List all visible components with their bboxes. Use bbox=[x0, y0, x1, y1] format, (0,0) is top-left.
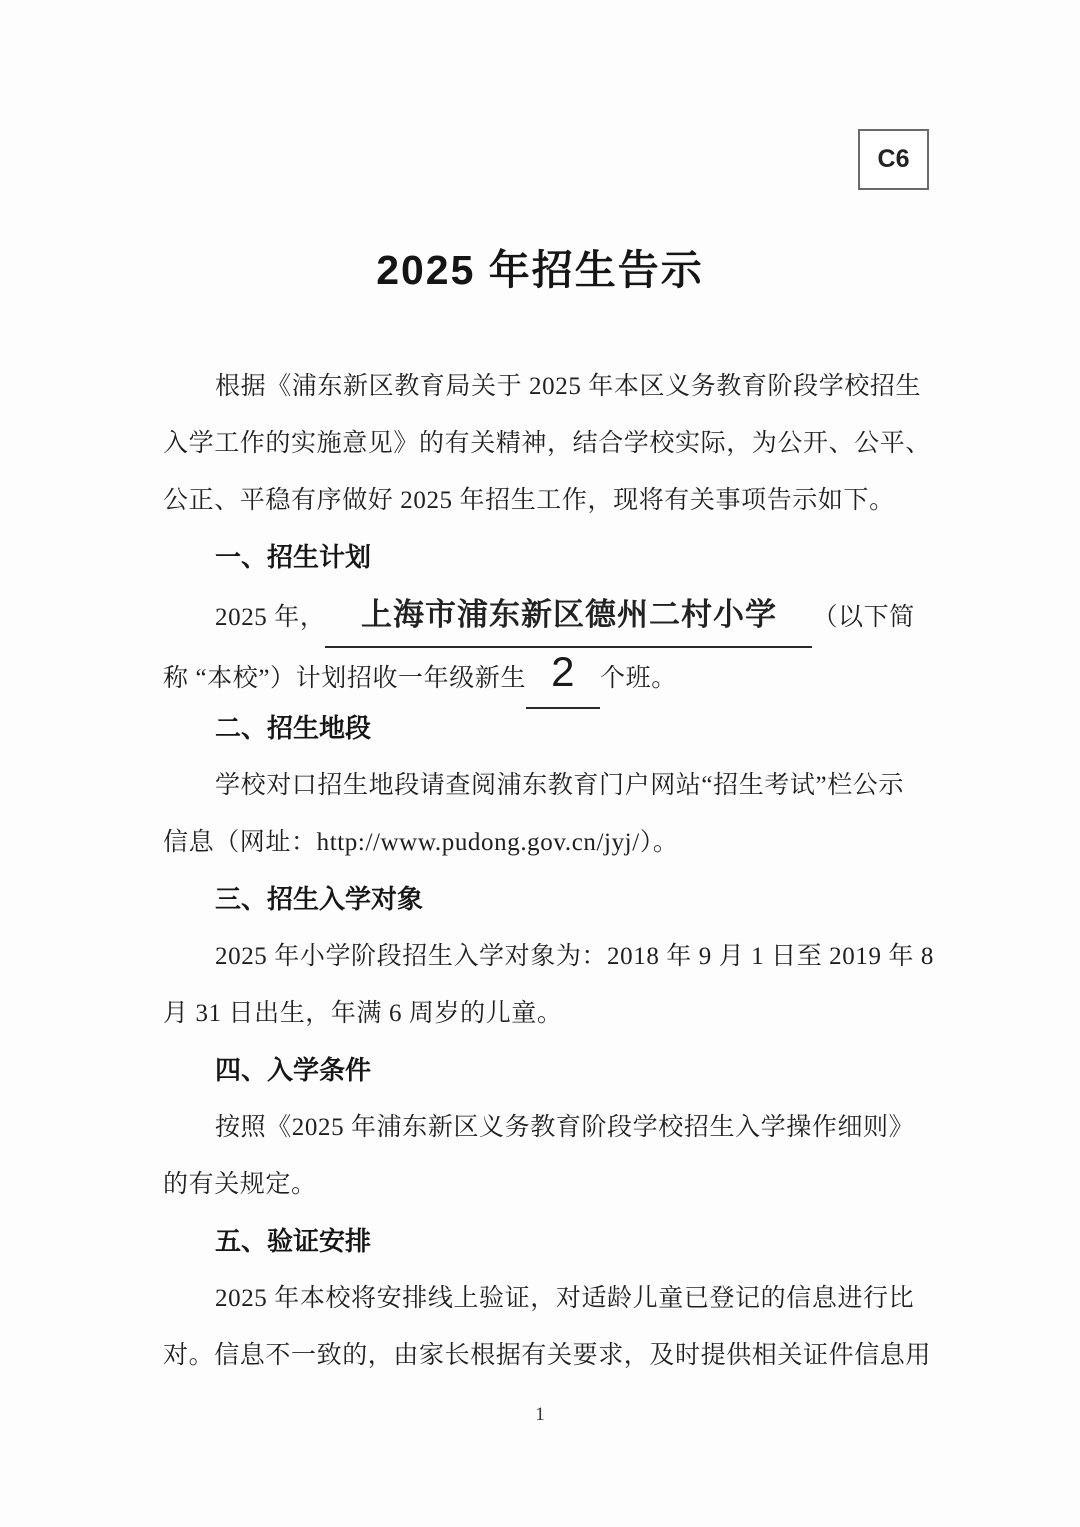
section-5-line-2: 对。信息不一致的，由家长根据有关要求，及时提供相关证件信息用 bbox=[163, 1327, 943, 1384]
section-3-heading: 三、招生入学对象 bbox=[163, 871, 943, 928]
section-1-line-1-suffix: （以下简 bbox=[812, 604, 914, 631]
section-1-line-2: 称 “本校”）计划招收一年级新生2个班。 bbox=[163, 643, 943, 700]
section-4-heading: 四、入学条件 bbox=[163, 1042, 943, 1099]
section-3-line-1: 2025 年小学阶段招生入学对象为：2018 年 9 月 1 日至 2019 年… bbox=[163, 928, 943, 985]
section-5-line-1: 2025 年本校将安排线上验证，对适龄儿童已登记的信息进行比 bbox=[163, 1270, 943, 1327]
section-1-line-1-prefix: 2025 年， bbox=[215, 604, 325, 631]
section-2-line-1: 学校对口招生地段请查阅浦东教育门户网站“招生考试”栏公示 bbox=[163, 757, 943, 814]
document-body: 根据《浦东新区教育局关于 2025 年本区义务教育阶段学校招生 入学工作的实施意… bbox=[163, 358, 943, 1384]
page-number: 1 bbox=[0, 1404, 1080, 1426]
section-3-line-2: 月 31 日出生，年满 6 周岁的儿童。 bbox=[163, 985, 943, 1042]
intro-line-1: 根据《浦东新区教育局关于 2025 年本区义务教育阶段学校招生 bbox=[163, 358, 943, 415]
section-1-line-1: 2025 年，上海市浦东新区德州二村小学（以下简 bbox=[163, 586, 943, 643]
document-page: C6 2025 年招生告示 根据《浦东新区教育局关于 2025 年本区义务教育阶… bbox=[0, 0, 1080, 1527]
form-code-label: C6 bbox=[878, 145, 910, 174]
intro-line-2: 入学工作的实施意见》的有关精神，结合学校实际，为公开、公平、 bbox=[163, 415, 943, 472]
section-1-line-2-prefix: 称 “本校”）计划招收一年级新生 bbox=[163, 665, 526, 692]
section-1-heading: 一、招生计划 bbox=[163, 529, 943, 586]
intro-line-3: 公正、平稳有序做好 2025 年招生工作，现将有关事项告示如下。 bbox=[163, 472, 943, 529]
section-4-line-1: 按照《2025 年浦东新区义务教育阶段学校招生入学操作细则》 bbox=[163, 1099, 943, 1156]
section-5-heading: 五、验证安排 bbox=[163, 1213, 943, 1270]
section-4-line-2: 的有关规定。 bbox=[163, 1156, 943, 1213]
school-name-value: 上海市浦东新区德州二村小学 bbox=[361, 597, 777, 632]
section-2-line-2: 信息（网址：http://www.pudong.gov.cn/jyj/）。 bbox=[163, 814, 943, 871]
document-title: 2025 年招生告示 bbox=[0, 237, 1080, 296]
school-name-blank: 上海市浦东新区德州二村小学 bbox=[325, 586, 812, 648]
class-count-blank: 2 bbox=[526, 643, 600, 709]
class-count-value: 2 bbox=[551, 648, 575, 695]
form-code-box: C6 bbox=[858, 129, 929, 190]
section-1-line-2-suffix: 个班。 bbox=[600, 665, 677, 692]
